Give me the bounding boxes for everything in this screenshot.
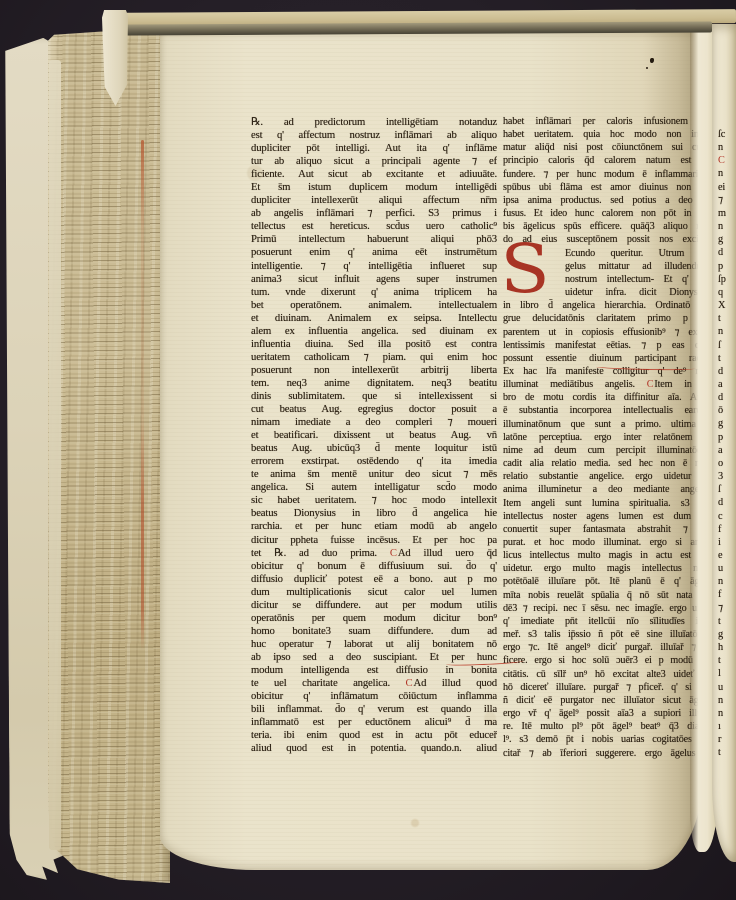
text-line: relatio substantie angelice. ergo uidetu… <box>503 470 709 483</box>
text-line: ergo vř q' āgel⁹ possit aīa3 a supiori i… <box>503 707 709 720</box>
text-line: p <box>718 431 736 444</box>
text-line: d <box>718 391 736 404</box>
text-line: spūbus ubi flāma est amor diuinus non ex <box>503 181 709 194</box>
text-line: ei <box>718 181 736 194</box>
text-line: illuminat mediātibus angelis. CItem in l… <box>503 378 709 391</box>
text-line: d <box>718 496 736 509</box>
text-line: angelica. Si autem intelligatur scd̄o mo… <box>251 481 497 494</box>
text-line: posuerunt enim q' anima eēt instrumētum <box>251 246 497 259</box>
text-line: latōne perceptiua. ergo inter relatōnem … <box>503 431 709 444</box>
text-line: parentem ut in copiosis effusionib⁹ ⁊ ex… <box>503 326 709 339</box>
text-line: dinis sublimitatem. que si intellexissen… <box>251 390 497 403</box>
text-line: obicitur q' inflāmatum cōiūctum inflamma <box>251 690 497 703</box>
text-line: a <box>718 444 736 457</box>
text-line: te uel charitate angelica. CAd illud quo… <box>251 677 497 690</box>
text-line: 3 <box>718 470 736 483</box>
page-stack-fore-edge <box>48 27 170 883</box>
text-line: tur ab aliquo sicut a principali agente … <box>251 155 497 168</box>
rubric-mark: C <box>390 547 398 559</box>
text-line: ſc <box>718 128 736 141</box>
text-line: h <box>718 641 736 654</box>
text-line: anima3 sicut influit agens super instrum… <box>251 273 497 286</box>
text-column-right: habet inflāmari per caloris infusionem n… <box>503 115 709 760</box>
text-line: cadit alia relatio media. sed hec non ē … <box>503 457 709 470</box>
text-line: dē3 ⁊ recipi. nec ī sēsu. nec imagīe. er… <box>503 602 709 615</box>
text-line: n <box>718 141 736 154</box>
text-line: e <box>718 549 736 562</box>
text-line: mīta nobis reuelāt spūalia q̄ nō sūt nat… <box>503 589 709 602</box>
text-line: homo bonitate3 suam diffundere. dum ad <box>251 625 497 638</box>
text-line: obicitur q' bonum ē diffusiuum sui. d̄o … <box>251 560 497 573</box>
text-line: citař ⁊ ab īferiori suggerere. ergo āgel… <box>503 747 709 760</box>
text-line: n <box>718 220 736 233</box>
text-line: n <box>718 575 736 588</box>
text-line: c <box>718 510 736 523</box>
facing-page-sliver: ſcnCnei⁊mngdpſpqXtnſtdadōgpao3ſdcfieunf⁊… <box>712 24 736 862</box>
lombard-initial-s: S <box>492 241 559 299</box>
text-line: rarchia. et per hunc etiam modū ab angel… <box>251 520 497 533</box>
text-line: dicitur ppheta fuisse incēsus. Et per ho… <box>251 534 497 547</box>
text-line: Et s̄m istum duplicem modum intelligēdi <box>251 181 497 194</box>
text-line: nime ad deum cum percipit illuminatōem <box>503 444 709 457</box>
text-line: lentissimis manifestat eētias. ⁊ p eas q… <box>503 339 709 352</box>
text-line: bet operatōnem. animalem. intellectualem <box>251 299 497 312</box>
text-line: inflammatō est per eductōnem alicui⁹ d̄ … <box>251 716 497 729</box>
text-line: influentia diuina. Sed illa positō est c… <box>251 338 497 351</box>
text-line: q' imediate pn̄t itellcūi nīo sīlitudīes… <box>503 615 709 628</box>
text-line: n <box>718 707 736 720</box>
text-line: ipsa anima productus. sed potius a deo i… <box>503 194 709 207</box>
text-line: t <box>718 352 736 365</box>
text-line: intelligentie. ⁊ q' intelligētia influer… <box>251 260 497 273</box>
text-line: ō <box>718 404 736 417</box>
text-line: g <box>718 417 736 430</box>
rubric-mark: C <box>406 677 414 689</box>
text-line: ⁊ <box>718 194 736 207</box>
text-line: d <box>718 365 736 378</box>
text-line: modum intelligenda est diffusio in bonit… <box>251 664 497 677</box>
text-line: grue delucidatōnis claritatem primo p ap <box>503 312 709 325</box>
text-line: anima illuminetur a deo mediante angelo. <box>503 483 709 496</box>
facing-page-text-fragments: ſcnCnei⁊mngdpſpqXtnſtdadōgpao3ſdcfieunf⁊… <box>718 128 736 760</box>
text-line: cut beatus Aug. egregius doctor posuit a <box>251 403 497 416</box>
text-line: te anima s̄m mentē unitur deo sicut ⁊ mē… <box>251 468 497 481</box>
ink-speck <box>646 67 648 69</box>
text-line: intellectus noster agens lumen est dum s… <box>503 510 709 523</box>
text-line: dupliciter pōt intelligi. Aut ita q' inf… <box>251 142 497 155</box>
text-line: u <box>718 562 736 575</box>
text-line: errorem exstirpat. ostēdendo q' ita imed… <box>251 455 497 468</box>
text-line: Item angeli sunt lumina spiritualia. s3 … <box>503 497 709 510</box>
text-line: habet inflāmari per caloris infusionem n… <box>503 115 709 128</box>
text-line: citātis. cū sīlř un⁹ hō excitat alte3 ui… <box>503 668 709 681</box>
text-line: sic habet ueritatem. ⁊ hoc modo intellex… <box>251 494 497 507</box>
text-line: meř. s3 talis ip̄ssio ñ pōt eē sine illu… <box>503 628 709 641</box>
text-line: bili inflammat. d̄o q' verum est quando … <box>251 703 497 716</box>
text-line: ſ <box>718 483 736 496</box>
text-line: ñ diciť eē purgator nec illuīator sicut … <box>503 694 709 707</box>
text-line: tem. neq3 anime dignitatem. neq3 beatitu <box>251 377 497 390</box>
text-line: hō dicereť illuīare. purgař ⁊ pficeř. q'… <box>503 681 709 694</box>
text-line: Primū intellectum habuerunt aliqui phō3 <box>251 233 497 246</box>
text-line: m <box>718 207 736 220</box>
text-line: ficiente. Aut sicut ab excitante et adiu… <box>251 168 497 181</box>
text-line: tellectus est hereticus. scd̄us uero cat… <box>251 220 497 233</box>
text-line: ſ <box>718 339 736 352</box>
photo-dark-background: ℞. ad predictorum intelligētiam notanduz… <box>0 0 736 900</box>
text-line: est q' affectum nostruz inflāmari ab ali… <box>251 129 497 142</box>
text-line: illuminatōnum que sunt a primo. ultima ř <box>503 418 709 431</box>
text-line: l <box>718 667 736 680</box>
text-line: l⁹. s3 demō p̄t i nobis uarias cogitatōe… <box>503 733 709 746</box>
text-line: u <box>718 681 736 694</box>
text-line: posuerunt non intellexerūt arbitrij libe… <box>251 364 497 377</box>
text-line: dupliciter intellexerūt aliqui affectum … <box>251 194 497 207</box>
text-line: ab angelis inflāmari ⁊ perfici. S3 primu… <box>251 207 497 220</box>
text-line: re. Itē multo pl⁹ pōt āgel⁹ beat⁹ q̄3 di… <box>503 720 709 733</box>
text-column-left: ℞. ad predictorum intelligētiam notanduz… <box>251 116 497 755</box>
text-line: ē substantia incorporea intellectualis e… <box>503 404 709 417</box>
text-line: t <box>718 615 736 628</box>
text-line: ſp <box>718 273 736 286</box>
text-line: principio caloris q̄d calorem natum est … <box>503 154 709 167</box>
rubric-mark: C <box>647 379 655 390</box>
text-line: conuertit super fantasmata abstrahit ⁊ d… <box>503 523 709 536</box>
text-line: fundere. ⁊ per hunc modum ē inflammari i <box>503 168 709 181</box>
text-line: p <box>718 260 736 273</box>
text-line: f <box>718 523 736 536</box>
text-line: n <box>718 167 736 180</box>
text-line: et beatificari. dixissent ut beatus Aug.… <box>251 429 497 442</box>
text-line: beatus Dionysius in libro d̄ angelica hi… <box>251 507 497 520</box>
text-line: matur aliq̄d nisi post cōiunctōnem sui c… <box>503 141 709 154</box>
text-line: ficere. ergo si hoc solū ɔuēr3 ei p modū… <box>503 654 709 667</box>
text-line: uidetur. ergo multo magis intellectus nr… <box>503 562 709 575</box>
text-line: o <box>718 457 736 470</box>
fore-edge-red-streak <box>141 140 144 650</box>
text-line: nimam imediate a deo compleri ⁊ moueri <box>251 416 497 429</box>
text-line: f <box>718 588 736 601</box>
text-line: X <box>718 299 736 312</box>
text-line: t <box>718 654 736 667</box>
text-line: n <box>718 694 736 707</box>
text-line: q <box>718 286 736 299</box>
text-line: et diuinam. Animalem ex seipsa. Intellec… <box>251 312 497 325</box>
text-line: ℞. ad predictorum intelligētiam notanduz <box>251 116 497 129</box>
text-line: dum multiplicationis sicut calor uel lum… <box>251 586 497 599</box>
text-line: dicitur se diffundere. aut per modum uti… <box>251 599 497 612</box>
text-line: d <box>718 246 736 259</box>
rubric-mark: C <box>718 155 726 166</box>
left-page: ℞. ad predictorum intelligētiam notanduz… <box>160 28 702 870</box>
text-line: n <box>718 325 736 338</box>
text-line: g <box>718 628 736 641</box>
text-line: ı <box>718 720 736 733</box>
first-leaf-edge <box>49 60 61 850</box>
text-line: ⁊ <box>718 602 736 615</box>
text-line: aliud quod est in potentia. quando.n. al… <box>251 742 497 755</box>
text-line: bro de motu cordis ita diffinitur aīa. A… <box>503 391 709 404</box>
text-line: tum. vnde dixerunt q' anima triplicem ha <box>251 286 497 299</box>
text-line: huc operatur ⁊ laborat ut alij bonitatem… <box>251 638 497 651</box>
text-line: t <box>718 746 736 759</box>
text-line: fusus. Et ideo hunc calorem non pōt in n… <box>503 207 709 220</box>
text-line: diffusio dupliciť potest eē a bono. aut … <box>251 573 497 586</box>
text-line: r <box>718 733 736 746</box>
text-line: i <box>718 536 736 549</box>
text-line: teria. ibi enim quod est in actu pōt edu… <box>251 729 497 742</box>
text-line: ueritatem catholicam ⁊ piam. qui enim ho… <box>251 351 497 364</box>
text-line: licus intellectus multo magis in actu es… <box>503 549 709 562</box>
text-line: purat. et hoc modo illuminat. ergo si an… <box>503 536 709 549</box>
text-line: potētōalē illuīare pōt. Itē planū ē q' ā… <box>503 575 709 588</box>
text-line: alem ex influentia angelica. sed diuinam… <box>251 325 497 338</box>
text-line: t <box>718 312 736 325</box>
text-line: a <box>718 378 736 391</box>
text-line: g <box>718 233 736 246</box>
text-line: operatōnis per quem modum dicitur bon⁹ <box>251 612 497 625</box>
text-line: beatus Aug. ubicūq3 d̄ mente loquitur is… <box>251 442 497 455</box>
text-line: habet ueritatem. quia hoc modo non inflā <box>503 128 709 141</box>
text-line: ergo ⁊c. Itē angel⁹ diciť purgař. illuīa… <box>503 641 709 654</box>
text-line: C <box>718 154 736 167</box>
text-line: tet ℞. ad duo prima. CAd illud uero q̄d <box>251 547 497 560</box>
